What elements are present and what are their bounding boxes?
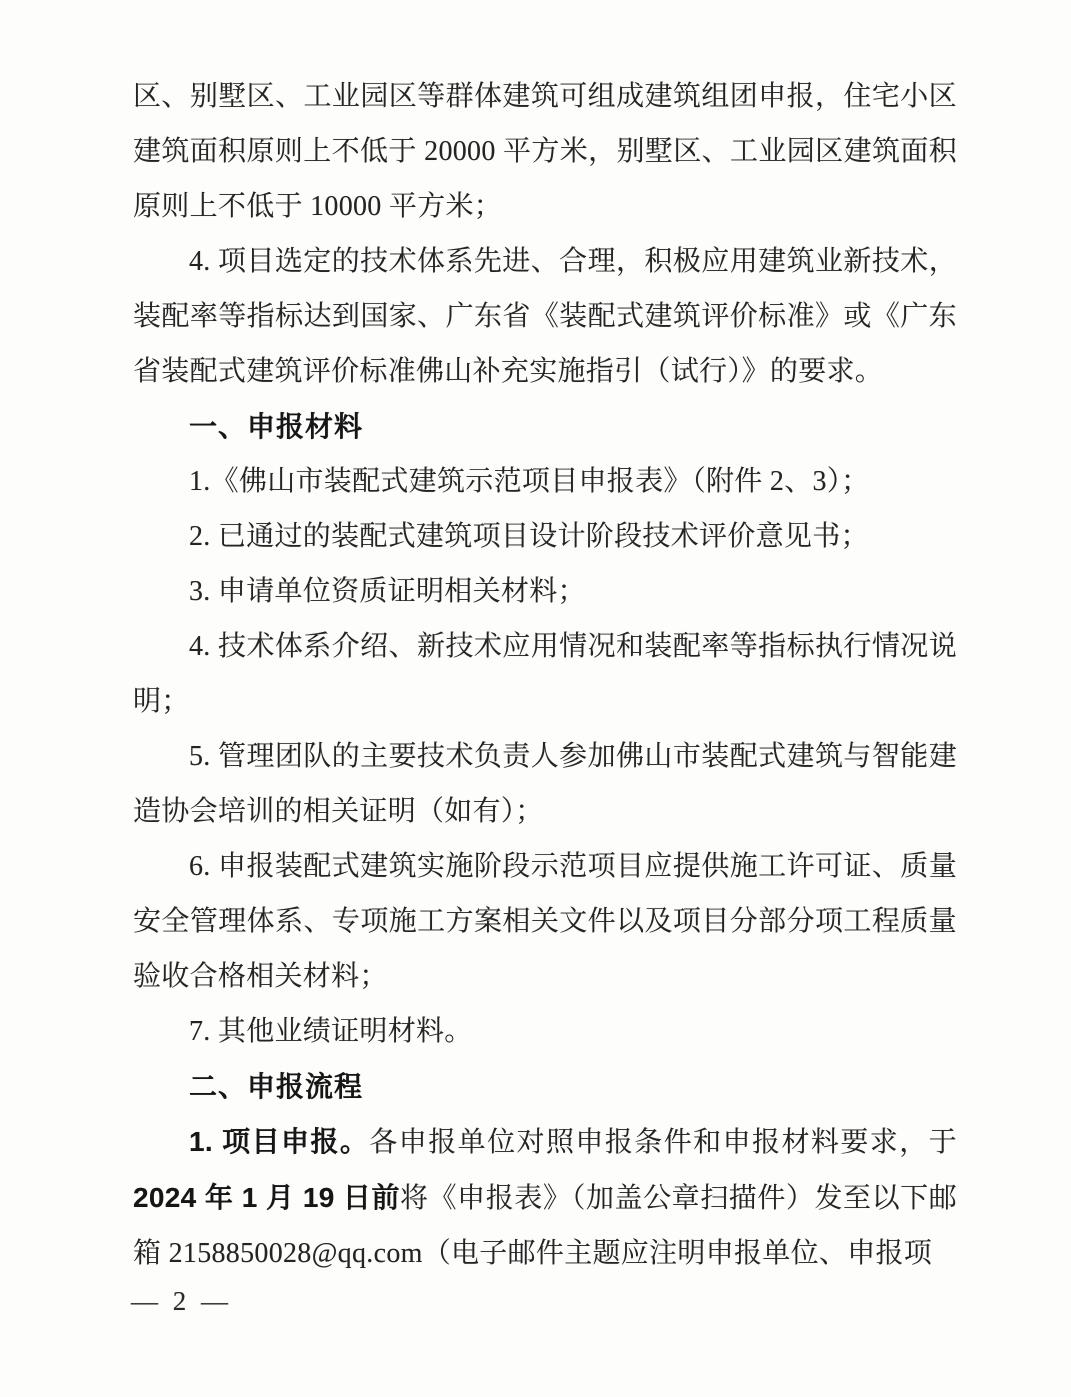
document-body: 区、别墅区、工业园区等群体建筑可组成建筑组团申报，住宅小区建筑面积原则上不低于 … — [133, 69, 957, 1281]
inline-bold-deadline: 2024 年 1 月 19 日前 — [133, 1182, 400, 1213]
list-item-material-6: 6. 申报装配式建筑实施阶段示范项目应提供施工许可证、质量安全管理体系、专项施工… — [133, 839, 957, 1004]
list-item-material-4: 4. 技术体系介绍、新技术应用情况和装配率等指标执行情况说明； — [133, 619, 957, 729]
inline-bold-step-label: 1. 项目申报。 — [189, 1126, 369, 1157]
section-heading-application-materials: 一、申报材料 — [133, 399, 957, 454]
list-item-material-3: 3. 申请单位资质证明相关材料； — [133, 564, 957, 619]
paragraph-criteria-continuation: 区、别墅区、工业园区等群体建筑可组成建筑组团申报，住宅小区建筑面积原则上不低于 … — [133, 69, 957, 234]
page-number: — 2 — — [131, 1281, 232, 1321]
list-item-material-1: 1.《佛山市装配式建筑示范项目申报表》（附件 2、3）； — [133, 454, 957, 509]
list-item-material-5: 5. 管理团队的主要技术负责人参加佛山市装配式建筑与智能建造协会培训的相关证明（… — [133, 729, 957, 839]
list-item-material-7: 7. 其他业绩证明材料。 — [133, 1004, 957, 1059]
section-heading-application-process: 二、申报流程 — [133, 1059, 957, 1114]
inline-text-requirements: 各申报单位对照申报条件和申报材料要求，于 — [369, 1127, 957, 1158]
paragraph-criterion-4: 4. 项目选定的技术体系先进、合理，积极应用建筑业新技术，装配率等指标达到国家、… — [133, 234, 957, 399]
paragraph-project-application: 1. 项目申报。各申报单位对照申报条件和申报材料要求，于2024 年 1 月 1… — [133, 1114, 957, 1281]
document-page: 区、别墅区、工业园区等群体建筑可组成建筑组团申报，住宅小区建筑面积原则上不低于 … — [0, 0, 1071, 1397]
list-item-material-2: 2. 已通过的装配式建筑项目设计阶段技术评价意见书； — [133, 509, 957, 564]
